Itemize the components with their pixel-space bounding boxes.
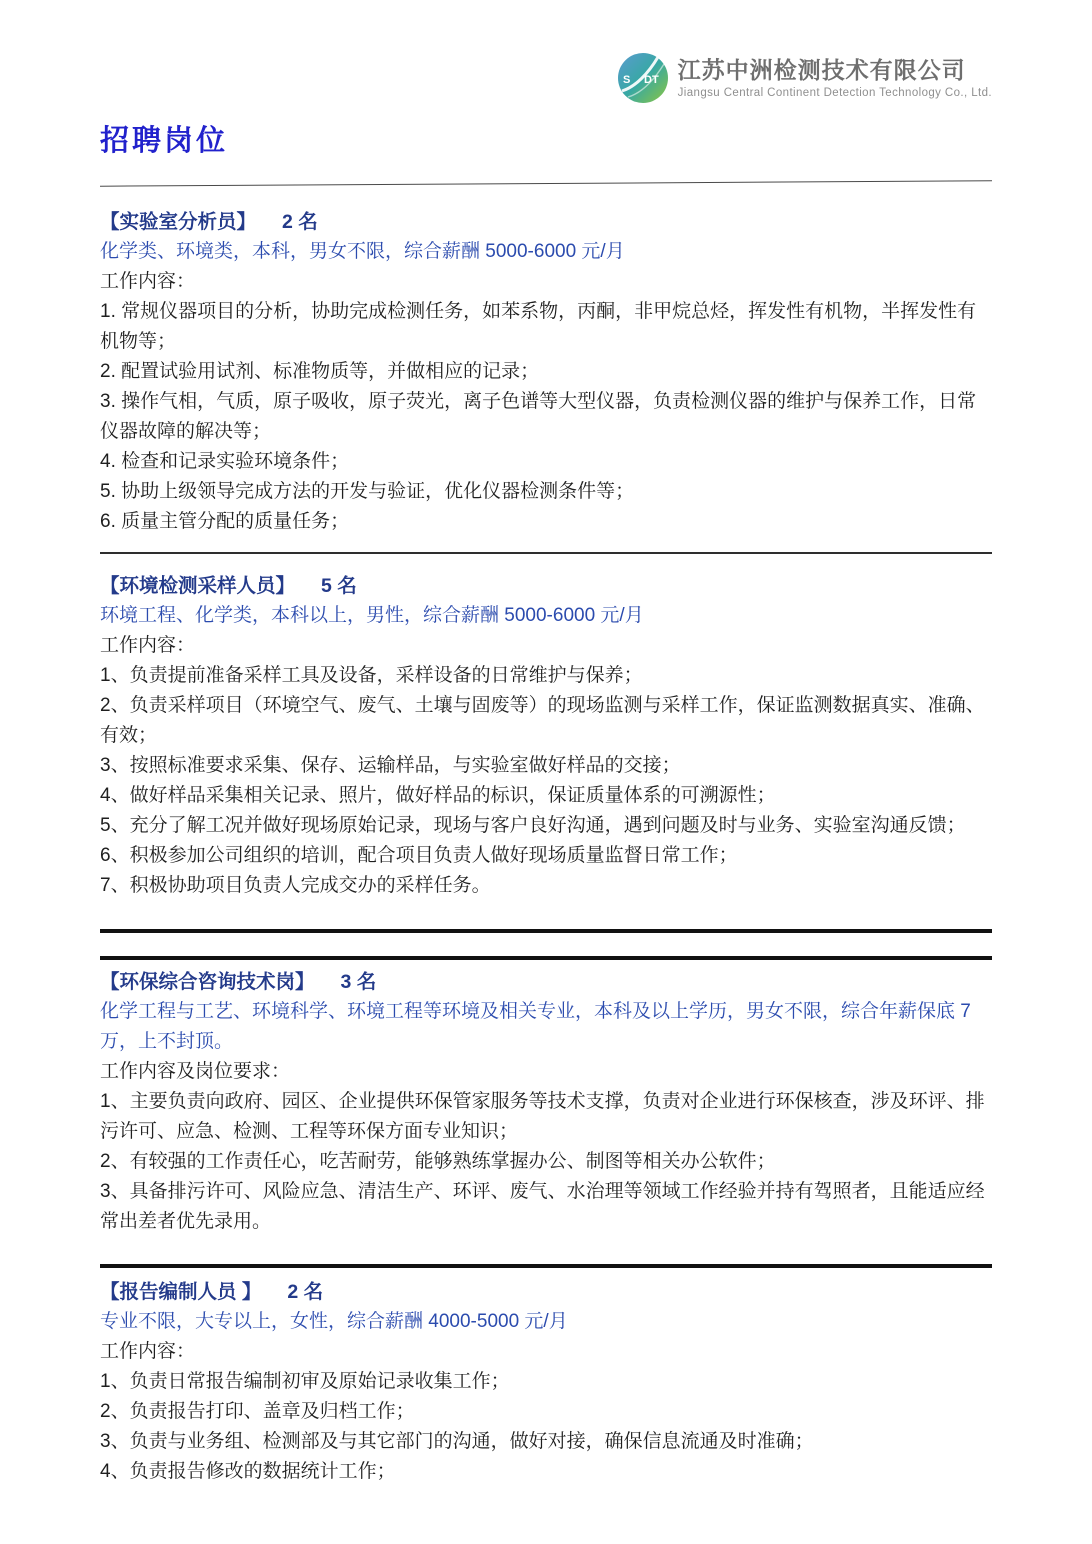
- job-duty-item: 6、积极参加公司组织的培训，配合项目负责人做好现场质量监督日常工作；: [100, 841, 992, 871]
- job-title: 【报告编制人员 】: [100, 1281, 261, 1303]
- job-duty-item: 2、有较强的工作责任心，吃苦耐劳，能够熟练掌握办公、制图等相关办公软件；: [100, 1147, 992, 1177]
- logo-letters-dt: DT: [644, 74, 659, 86]
- document-page: S DT 江苏中洲检测技术有限公司 Jiangsu Central Contin…: [0, 0, 1092, 1544]
- job-headcount: 3 名: [341, 971, 377, 993]
- job-title-row: 【环境检测采样人员】5 名: [100, 571, 992, 601]
- work-content-label: 工作内容及岗位要求：: [100, 1057, 992, 1087]
- job-headcount: 5 名: [321, 575, 357, 597]
- company-name-zh: 江苏中洲检测技术有限公司: [678, 57, 992, 85]
- job-duty-item: 3、按照标准要求采集、保存、运输样品，与实验室做好样品的交接；: [100, 751, 992, 781]
- job-duty-item: 3. 操作气相，气质，原子吸收，原子荧光，离子色谱等大型仪器，负责检测仪器的维护…: [100, 387, 992, 447]
- job-section-sampling-staff: 【环境检测采样人员】5 名 环境工程、化学类，本科以上，男性，综合薪酬 5000…: [100, 571, 992, 901]
- job-requirement: 化学工程与工艺、环境科学、环境工程等环境及相关专业，本科及以上学历，男女不限，综…: [100, 997, 992, 1057]
- job-duty-item: 2. 配置试验用试剂、标准物质等，并做相应的记录；: [100, 357, 992, 387]
- job-title-row: 【环保综合咨询技术岗】3 名: [100, 967, 992, 997]
- company-logo-icon: S DT: [617, 52, 669, 104]
- divider-before-report-section: [100, 1264, 992, 1268]
- job-requirement: 专业不限，大专以上，女性，综合薪酬 4000-5000 元/月: [100, 1307, 992, 1337]
- job-section-report-compiler: 【报告编制人员 】2 名 专业不限，大专以上，女性，综合薪酬 4000-5000…: [100, 1277, 992, 1487]
- company-logo: S DT 江苏中洲检测技术有限公司 Jiangsu Central Contin…: [617, 52, 992, 104]
- job-section-consulting-tech: 【环保综合咨询技术岗】3 名 化学工程与工艺、环境科学、环境工程等环境及相关专业…: [100, 967, 992, 1237]
- job-duty-item: 5、充分了解工况并做好现场原始记录，现场与客户良好沟通，遇到问题及时与业务、实验…: [100, 811, 992, 841]
- job-title-row: 【报告编制人员 】2 名: [100, 1277, 992, 1307]
- divider-under-title: [100, 180, 992, 186]
- job-duty-item: 1、负责日常报告编制初审及原始记录收集工作；: [100, 1367, 992, 1397]
- divider-thick-lower: [100, 956, 992, 960]
- page-title: 招聘岗位: [100, 118, 992, 159]
- job-duty-item: 7、积极协助项目负责人完成交办的采样任务。: [100, 871, 992, 901]
- page-header: S DT 江苏中洲检测技术有限公司 Jiangsu Central Contin…: [100, 52, 992, 104]
- job-duty-item: 3、负责与业务组、检测部及与其它部门的沟通，做好对接，确保信息流通及时准确；: [100, 1427, 992, 1457]
- job-requirement: 环境工程、化学类，本科以上，男性，综合薪酬 5000-6000 元/月: [100, 601, 992, 631]
- job-duty-item: 4. 检查和记录实验环境条件；: [100, 447, 992, 477]
- job-duty-item: 3、具备排污许可、风险应急、清洁生产、环评、废气、水治理等领域工作经验并持有驾照…: [100, 1177, 992, 1237]
- job-duty-item: 4、做好样品采集相关记录、照片，做好样品的标识，保证质量体系的可溯源性；: [100, 781, 992, 811]
- job-title: 【环保综合咨询技术岗】: [100, 971, 315, 993]
- company-name-block: 江苏中洲检测技术有限公司 Jiangsu Central Continent D…: [678, 57, 992, 100]
- job-title: 【环境检测采样人员】: [100, 575, 295, 597]
- job-duty-item: 1. 常规仪器项目的分析，协助完成检测任务，如苯系物，丙酮，非甲烷总烃，挥发性有…: [100, 297, 992, 357]
- job-duty-item: 4、负责报告修改的数据统计工作；: [100, 1457, 992, 1487]
- divider-thick-upper: [100, 929, 992, 933]
- job-headcount: 2 名: [282, 211, 318, 233]
- logo-letter-s: S: [623, 74, 630, 86]
- company-name-en: Jiangsu Central Continent Detection Tech…: [678, 87, 992, 99]
- work-content-label: 工作内容：: [100, 267, 992, 297]
- divider-before-sampling-section: [100, 552, 992, 554]
- job-duty-item: 2、负责报告打印、盖章及归档工作；: [100, 1397, 992, 1427]
- job-title: 【实验室分析员】: [100, 211, 256, 233]
- job-duty-item: 2、负责采样项目（环境空气、废气、土壤与固废等）的现场监测与采样工作，保证监测数…: [100, 691, 992, 751]
- job-headcount: 2 名: [287, 1281, 323, 1303]
- work-content-label: 工作内容：: [100, 631, 992, 661]
- job-requirement: 化学类、环境类，本科，男女不限，综合薪酬 5000-6000 元/月: [100, 237, 992, 267]
- work-content-label: 工作内容：: [100, 1337, 992, 1367]
- job-section-lab-analyst: 【实验室分析员】2 名 化学类、环境类，本科，男女不限，综合薪酬 5000-60…: [100, 207, 992, 537]
- job-duty-item: 1、主要负责向政府、园区、企业提供环保管家服务等技术支撑，负责对企业进行环保核查…: [100, 1087, 992, 1147]
- job-duty-item: 6. 质量主管分配的质量任务；: [100, 507, 992, 537]
- job-duty-item: 1、负责提前准备采样工具及设备，采样设备的日常维护与保养；: [100, 661, 992, 691]
- job-title-row: 【实验室分析员】2 名: [100, 207, 992, 237]
- job-duty-item: 5. 协助上级领导完成方法的开发与验证，优化仪器检测条件等；: [100, 477, 992, 507]
